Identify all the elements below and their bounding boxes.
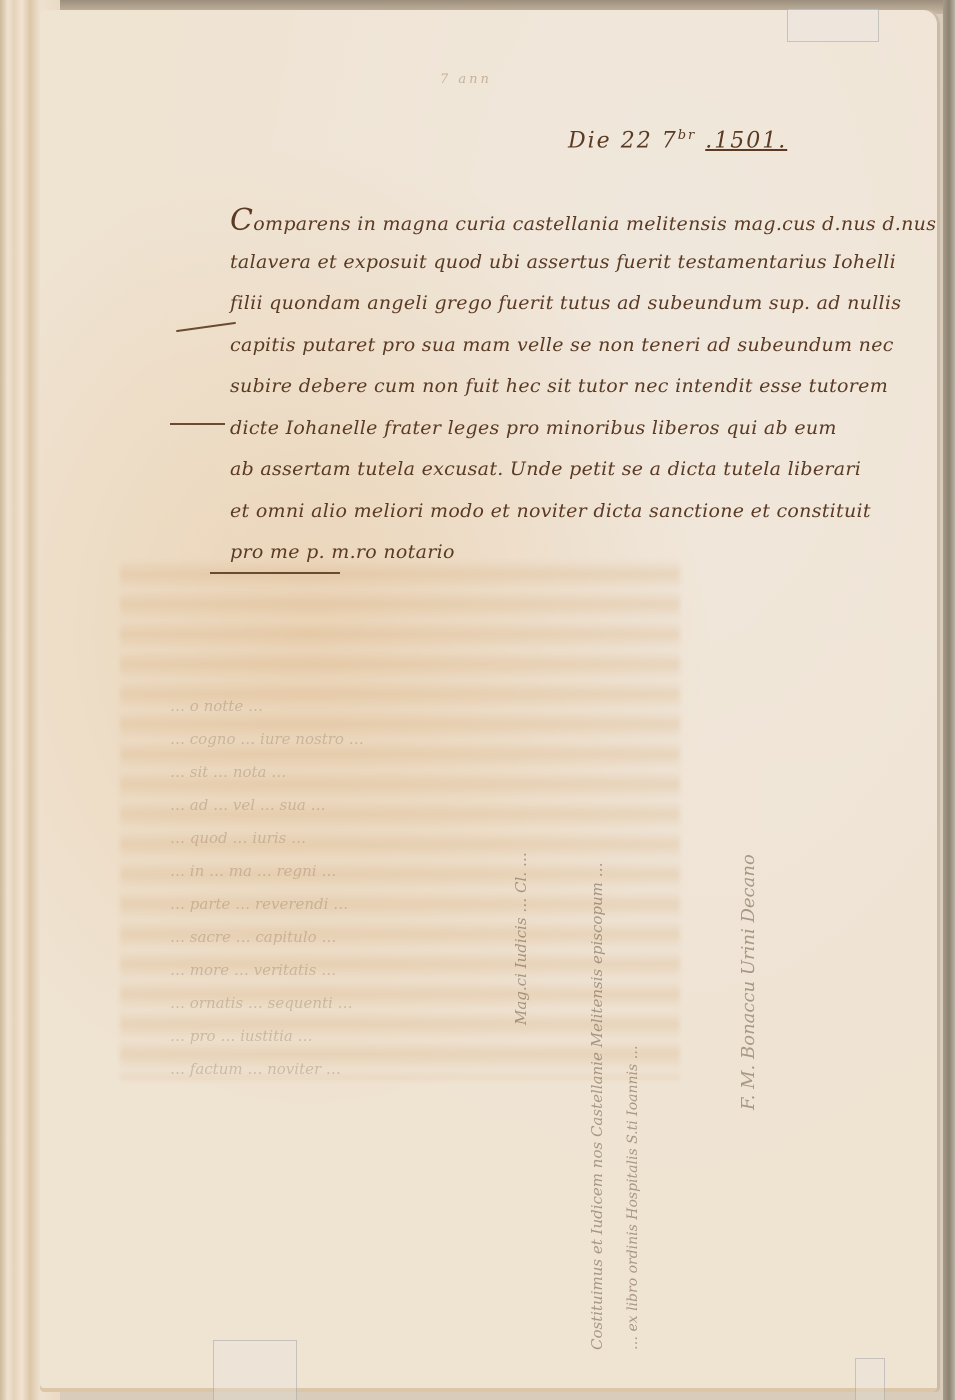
binding-right-edge <box>943 0 955 1400</box>
body-line: subire debere cum non fuit hec sit tutor… <box>230 366 870 408</box>
bleed-line: … sacre … capitulo … <box>170 921 730 954</box>
date-prefix: Die <box>568 128 612 153</box>
body-line: ab assertam tutela excusat. Unde petit s… <box>230 449 870 491</box>
vertical-note-1: Costituimus et Iudicem nos Castellanie M… <box>588 862 606 1350</box>
date-year: .1501. <box>705 128 787 153</box>
body-line: filii quondam angeli grego fuerit tutus … <box>230 283 870 325</box>
margin-flourish <box>170 423 225 425</box>
bleed-line: … in … ma … regni … <box>170 855 730 888</box>
tape-bottom-left <box>213 1340 297 1400</box>
bleed-line: … ad … vel … sua … <box>170 789 730 822</box>
bleed-line: … pro … iustitia … <box>170 1020 730 1053</box>
bleed-line: … cogno … iure nostro … <box>170 723 730 756</box>
vertical-note-2: … ex libro ordinis Hospitalis S.ti Ioann… <box>625 1045 641 1350</box>
bleedthrough-text: … o notte … … cogno … iure nostro … … si… <box>170 690 730 1086</box>
date-month-sup: br <box>678 128 697 143</box>
body-line: dicte Iohanelle frater leges pro minorib… <box>230 408 870 450</box>
signature-flourish <box>210 572 340 574</box>
manuscript-body: Comparens in magna curia castellania mel… <box>230 200 870 574</box>
bleed-line: … quod … iuris … <box>170 822 730 855</box>
bleed-line: … more … veritatis … <box>170 954 730 987</box>
body-line: et omni alio meliori modo et noviter dic… <box>230 491 870 533</box>
bleed-line: … ornatis … sequenti … <box>170 987 730 1020</box>
vertical-note-signature: F. M. Bonaccu Urini Decano <box>738 854 759 1110</box>
manuscript-scan: 7 ann Die 22 7br .1501. Comparens in mag… <box>0 0 955 1400</box>
document-date: Die 22 7br .1501. <box>568 128 787 153</box>
bleed-line: … parte … reverendi … <box>170 888 730 921</box>
date-day: 22 <box>621 128 653 153</box>
tape-bottom-right <box>855 1358 885 1400</box>
date-month: 7 <box>662 128 678 153</box>
faint-header-note: 7 ann <box>440 72 492 87</box>
tape-top-right <box>787 8 879 42</box>
body-line: Comparens in magna curia castellania mel… <box>230 200 870 242</box>
bleed-line: … o notte … <box>170 690 730 723</box>
body-line: talavera et exposuit quod ubi assertus f… <box>230 242 870 284</box>
bleed-line: … sit … nota … <box>170 756 730 789</box>
body-line: capitis putaret pro sua mam velle se non… <box>230 325 870 367</box>
body-line: pro me p. m.ro notario <box>230 532 870 574</box>
vertical-note-3: Mag.ci Iudicis … Cl. … <box>512 852 530 1025</box>
bleed-line: … factum … noviter … <box>170 1053 730 1086</box>
